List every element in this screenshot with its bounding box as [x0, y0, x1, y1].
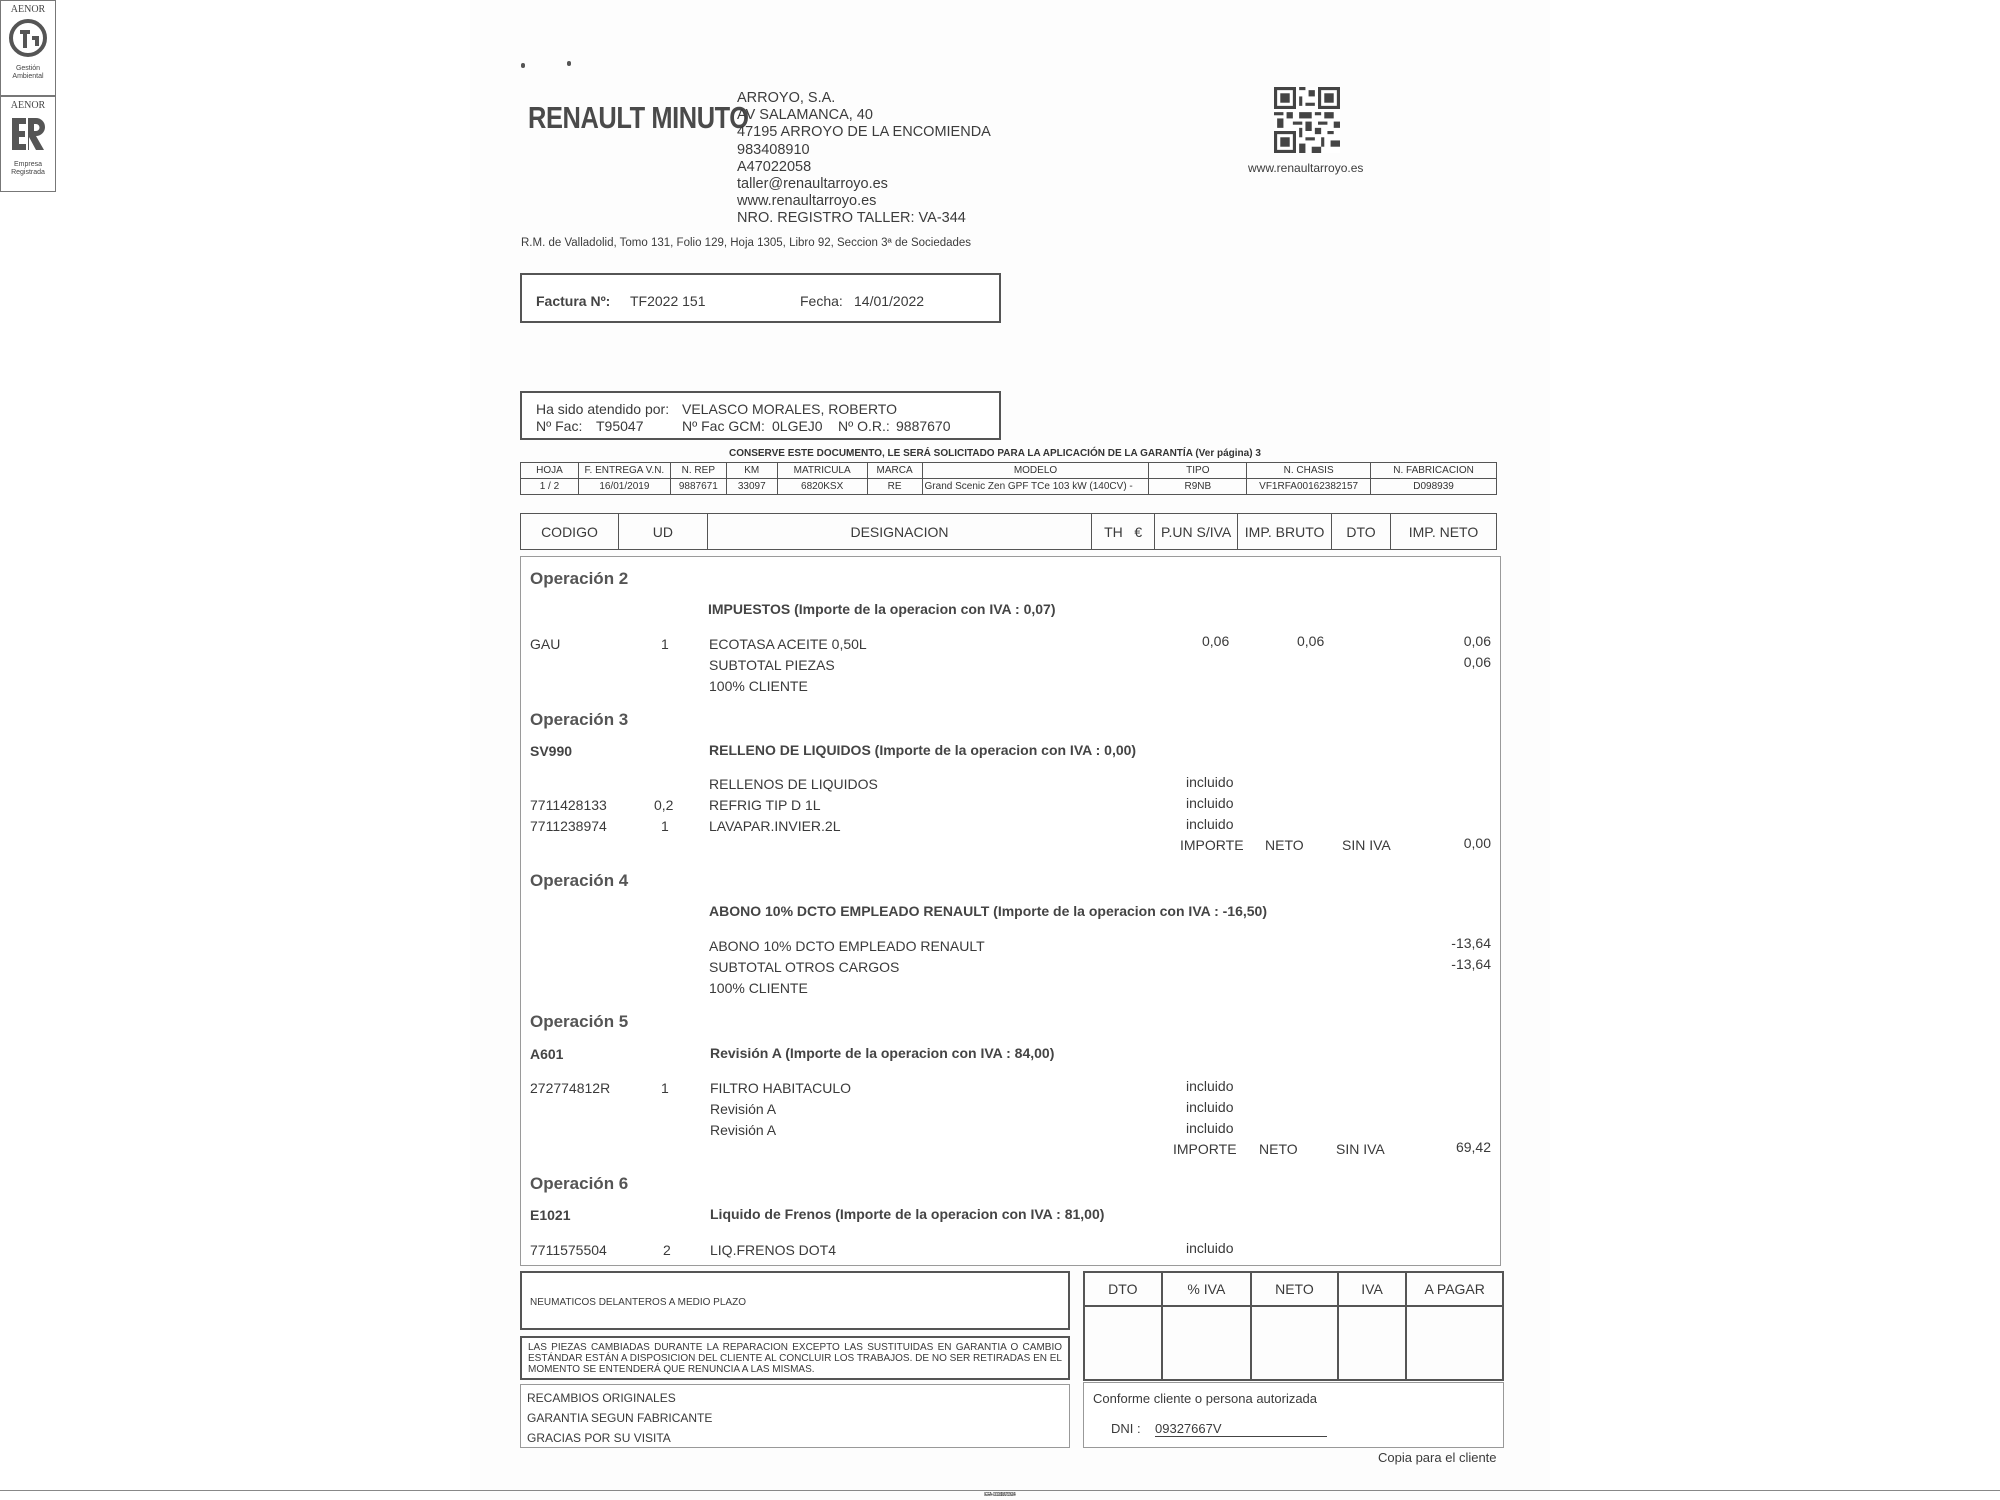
fabricacion-value: D098939 [1371, 479, 1497, 495]
col-total-iva: IVA [1338, 1272, 1407, 1306]
company-email: taller@renaultarroyo.es [737, 176, 991, 193]
line-status: incluido [1186, 1099, 1233, 1115]
col-dto: DTO [1332, 514, 1391, 550]
marca-value: RE [867, 479, 922, 495]
operation-section: Liquido de Frenos (Importe de la operaci… [710, 1206, 1104, 1222]
euro-label: € [1134, 524, 1142, 540]
summary-label: NETO [1265, 837, 1304, 853]
fac-label: Nº Fac: [536, 418, 582, 434]
line-status: incluido [1186, 1078, 1233, 1094]
matricula-value: 6820KSX [777, 479, 867, 495]
km-value: 33097 [726, 479, 777, 495]
col-chasis: N. CHASIS [1247, 463, 1371, 479]
parts-notice: LAS PIEZAS CAMBIADAS DURANTE LA REPARACI… [528, 1342, 1062, 1375]
line-code: 7711428133 [530, 797, 607, 813]
aenor-gestion-ambiental-badge: AENOR GestiónAmbiental GA-1998/158 [0, 0, 56, 96]
vehicle-header-row: HOJA F. ENTREGA V.N. N. REP KM MATRICULA… [521, 463, 1497, 479]
footer-note: GRACIAS POR SU VISITA [527, 1431, 671, 1445]
line-desc: 100% CLIENTE [709, 678, 808, 694]
total-iva-value [1338, 1306, 1407, 1380]
operation-code: E1021 [530, 1207, 570, 1223]
line-desc: LAVAPAR.INVIER.2L [709, 818, 841, 834]
col-ud: UD [618, 514, 707, 550]
col-matricula: MATRICULA [777, 463, 867, 479]
cert-title: AENOR [1, 4, 55, 15]
invoice-date: 14/01/2022 [854, 293, 924, 309]
col-imp-bruto: IMP. BRUTO [1238, 514, 1332, 550]
total-pct-iva-value [1162, 1306, 1251, 1380]
line-status: incluido [1186, 1240, 1233, 1256]
line-desc: ECOTASA ACEITE 0,50L [709, 636, 867, 652]
line-ud: 0,2 [654, 797, 673, 813]
col-pun-siva: P.UN S/IVA [1155, 514, 1238, 550]
line-status: incluido [1186, 816, 1233, 832]
scan-mark [567, 61, 571, 66]
copy-label: Copia para el cliente [1378, 1450, 1497, 1465]
cert-line: Empresa [1, 161, 55, 169]
empresa-registrada-logo-icon [8, 114, 48, 154]
company-address: ARROYO, S.A. AV SALAMANCA, 40 47195 ARRO… [737, 90, 991, 228]
operation-section: Revisión A (Importe de la operacion con … [710, 1045, 1054, 1061]
or-label: Nº O.R.: [838, 418, 890, 434]
invoice-number-box: Factura Nº: TF2022 151 Fecha: 14/01/2022 [520, 273, 1001, 323]
tyres-note-box: NEUMATICOS DELANTEROS A MEDIO PLAZO [520, 1271, 1070, 1330]
attended-name: VELASCO MORALES, ROBERTO [682, 401, 897, 417]
col-n-rep: N. REP [670, 463, 726, 479]
col-total-a-pagar: A PAGAR [1406, 1272, 1503, 1306]
col-fabricacion: N. FABRICACION [1371, 463, 1497, 479]
line-ud: 1 [661, 818, 669, 834]
mercantile-registry: R.M. de Valladolid, Tomo 131, Folio 129,… [521, 237, 971, 249]
operation-title: Operación 2 [530, 569, 628, 589]
line-desc: SUBTOTAL OTROS CARGOS [709, 959, 899, 975]
cert-line: Registrada [1, 169, 55, 177]
col-designacion: DESIGNACION [707, 514, 1091, 550]
col-imp-neto: IMP. NETO [1391, 514, 1497, 550]
gestion-ambiental-logo-icon [8, 18, 48, 58]
line-desc: ABONO 10% DCTO EMPLEADO RENAULT [709, 938, 985, 954]
chasis-value: VF1RFA00162382157 [1247, 479, 1371, 495]
attended-label: Ha sido atendido por: [536, 401, 669, 417]
company-city: 47195 ARROYO DE LA ENCOMIENDA [737, 124, 991, 141]
col-hoja: HOJA [521, 463, 579, 479]
hoja-value: 1 / 2 [521, 479, 579, 495]
total-a-pagar-value [1406, 1306, 1503, 1380]
line-neto: 0,06 [1464, 633, 1491, 649]
footer-note: GARANTIA SEGUN FABRICANTE [527, 1411, 712, 1425]
operation-code: SV990 [530, 743, 572, 759]
company-website: www.renaultarroyo.es [737, 193, 991, 210]
cert-title: AENOR [1, 100, 55, 111]
qr-code-icon [1274, 87, 1340, 153]
cert-line: Ambiental [1, 73, 55, 81]
tipo-value: R9NB [1149, 479, 1247, 495]
line-neto: -13,64 [1451, 956, 1491, 972]
line-bruto: 0,06 [1297, 633, 1324, 649]
gcm-label: Nº Fac GCM: [682, 418, 765, 434]
totals-table: DTO % IVA NETO IVA A PAGAR [1083, 1271, 1504, 1381]
line-desc: 100% CLIENTE [709, 980, 808, 996]
aenor-empresa-registrada-badge: AENOR EmpresaRegistrada ER-0110/2004 [0, 96, 56, 192]
line-ud: 1 [661, 636, 669, 652]
line-desc: Revisión A [710, 1101, 776, 1117]
line-code: 7711238974 [530, 818, 607, 834]
line-code: 7711575504 [530, 1242, 607, 1258]
tyres-note: NEUMATICOS DELANTEROS A MEDIO PLAZO [530, 1297, 746, 1308]
col-km: KM [726, 463, 777, 479]
scan-mark [521, 63, 525, 68]
col-total-dto: DTO [1084, 1272, 1162, 1306]
fecha-entrega-value: 16/01/2019 [578, 479, 670, 495]
vehicle-values-row: 1 / 2 16/01/2019 9887671 33097 6820KSX R… [521, 479, 1497, 495]
col-total-pct-iva: % IVA [1162, 1272, 1251, 1306]
operation-title: Operación 6 [530, 1174, 628, 1194]
parts-notice-box: LAS PIEZAS CAMBIADAS DURANTE LA REPARACI… [520, 1336, 1070, 1380]
attended-by-box: Ha sido atendido por: VELASCO MORALES, R… [520, 391, 1001, 440]
footer-note: RECAMBIOS ORIGINALES [527, 1391, 676, 1405]
cert-code: ER-0110/2004 [0, 1490, 2000, 1500]
or-number: 9887670 [896, 418, 951, 434]
warranty-notice: CONSERVE ESTE DOCUMENTO, LE SERÁ SOLICIT… [729, 448, 1261, 459]
col-fecha-entrega: F. ENTREGA V.N. [578, 463, 670, 479]
line-ud: 1 [661, 1080, 669, 1096]
col-total-neto: NETO [1251, 1272, 1338, 1306]
operation-title: Operación 4 [530, 871, 628, 891]
total-neto-value [1251, 1306, 1338, 1380]
total-dto-value [1084, 1306, 1162, 1380]
line-desc: Revisión A [710, 1122, 776, 1138]
invoice-date-label: Fecha: [800, 293, 843, 309]
dni-value: 09327667V [1155, 1421, 1327, 1437]
company-registry-number: NRO. REGISTRO TALLER: VA-344 [737, 210, 991, 227]
line-neto: 0,06 [1464, 654, 1491, 670]
summary-label: IMPORTE [1173, 1141, 1237, 1157]
operation-code: A601 [530, 1046, 563, 1062]
fac-number: T95047 [596, 418, 643, 434]
operation-section: IMPUESTOS (Importe de la operacion con I… [708, 601, 1055, 617]
col-marca: MARCA [867, 463, 922, 479]
website-url: www.renaultarroyo.es [1248, 161, 1363, 175]
line-pun: 0,06 [1202, 633, 1229, 649]
line-status: incluido [1186, 795, 1233, 811]
operation-title: Operación 3 [530, 710, 628, 730]
operation-section: ABONO 10% DCTO EMPLEADO RENAULT (Importe… [709, 903, 1267, 919]
col-modelo: MODELO [922, 463, 1149, 479]
summary-value: 0,00 [1464, 835, 1491, 851]
signature-label: Conforme cliente o persona autorizada [1093, 1391, 1317, 1406]
line-neto: -13,64 [1451, 935, 1491, 951]
company-name: ARROYO, S.A. [737, 90, 991, 107]
th-label: TH [1104, 524, 1123, 540]
lines-header-table: CODIGO UD DESIGNACION TH € P.UN S/IVA IM… [520, 513, 1497, 550]
summary-label: SIN IVA [1336, 1141, 1385, 1157]
line-status: incluido [1186, 1120, 1233, 1136]
line-desc: FILTRO HABITACULO [710, 1080, 851, 1096]
line-desc: SUBTOTAL PIEZAS [709, 657, 835, 673]
company-phone: 983408910 [737, 142, 991, 159]
line-desc: REFRIG TIP D 1L [709, 797, 821, 813]
modelo-value: Grand Scenic Zen GPF TCe 103 kW (140CV) … [922, 479, 1149, 495]
line-desc: LIQ.FRENOS DOT4 [710, 1242, 836, 1258]
gcm-number: 0LGEJ0 [772, 418, 823, 434]
line-code: GAU [530, 636, 560, 652]
col-codigo: CODIGO [521, 514, 619, 550]
col-tipo: TIPO [1149, 463, 1247, 479]
line-ud: 2 [663, 1242, 671, 1258]
company-street: AV SALAMANCA, 40 [737, 107, 991, 124]
dni-label: DNI : [1111, 1421, 1141, 1436]
line-status: incluido [1186, 774, 1233, 790]
operation-title: Operación 5 [530, 1012, 628, 1032]
summary-label: IMPORTE [1180, 837, 1244, 853]
vehicle-table: HOJA F. ENTREGA V.N. N. REP KM MATRICULA… [520, 462, 1497, 495]
signature-box: Conforme cliente o persona autorizada DN… [1083, 1382, 1504, 1448]
cert-line: Gestión [1, 65, 55, 73]
footer-notes-box: RECAMBIOS ORIGINALES GARANTIA SEGUN FABR… [520, 1384, 1070, 1448]
summary-value: 69,42 [1456, 1139, 1491, 1155]
summary-label: SIN IVA [1342, 837, 1391, 853]
operation-section: RELLENO DE LIQUIDOS (Importe de la opera… [709, 742, 1136, 758]
col-th-euro: TH € [1092, 514, 1155, 550]
n-rep-value: 9887671 [670, 479, 726, 495]
invoice-number-label: Factura Nº: [536, 293, 610, 309]
invoice-number: TF2022 151 [630, 293, 706, 309]
summary-label: NETO [1259, 1141, 1298, 1157]
brand-logo: RENAULT MINUTO [528, 100, 749, 136]
company-cif: A47022058 [737, 159, 991, 176]
line-code: 272774812R [530, 1080, 610, 1096]
line-desc: RELLENOS DE LIQUIDOS [709, 776, 878, 792]
